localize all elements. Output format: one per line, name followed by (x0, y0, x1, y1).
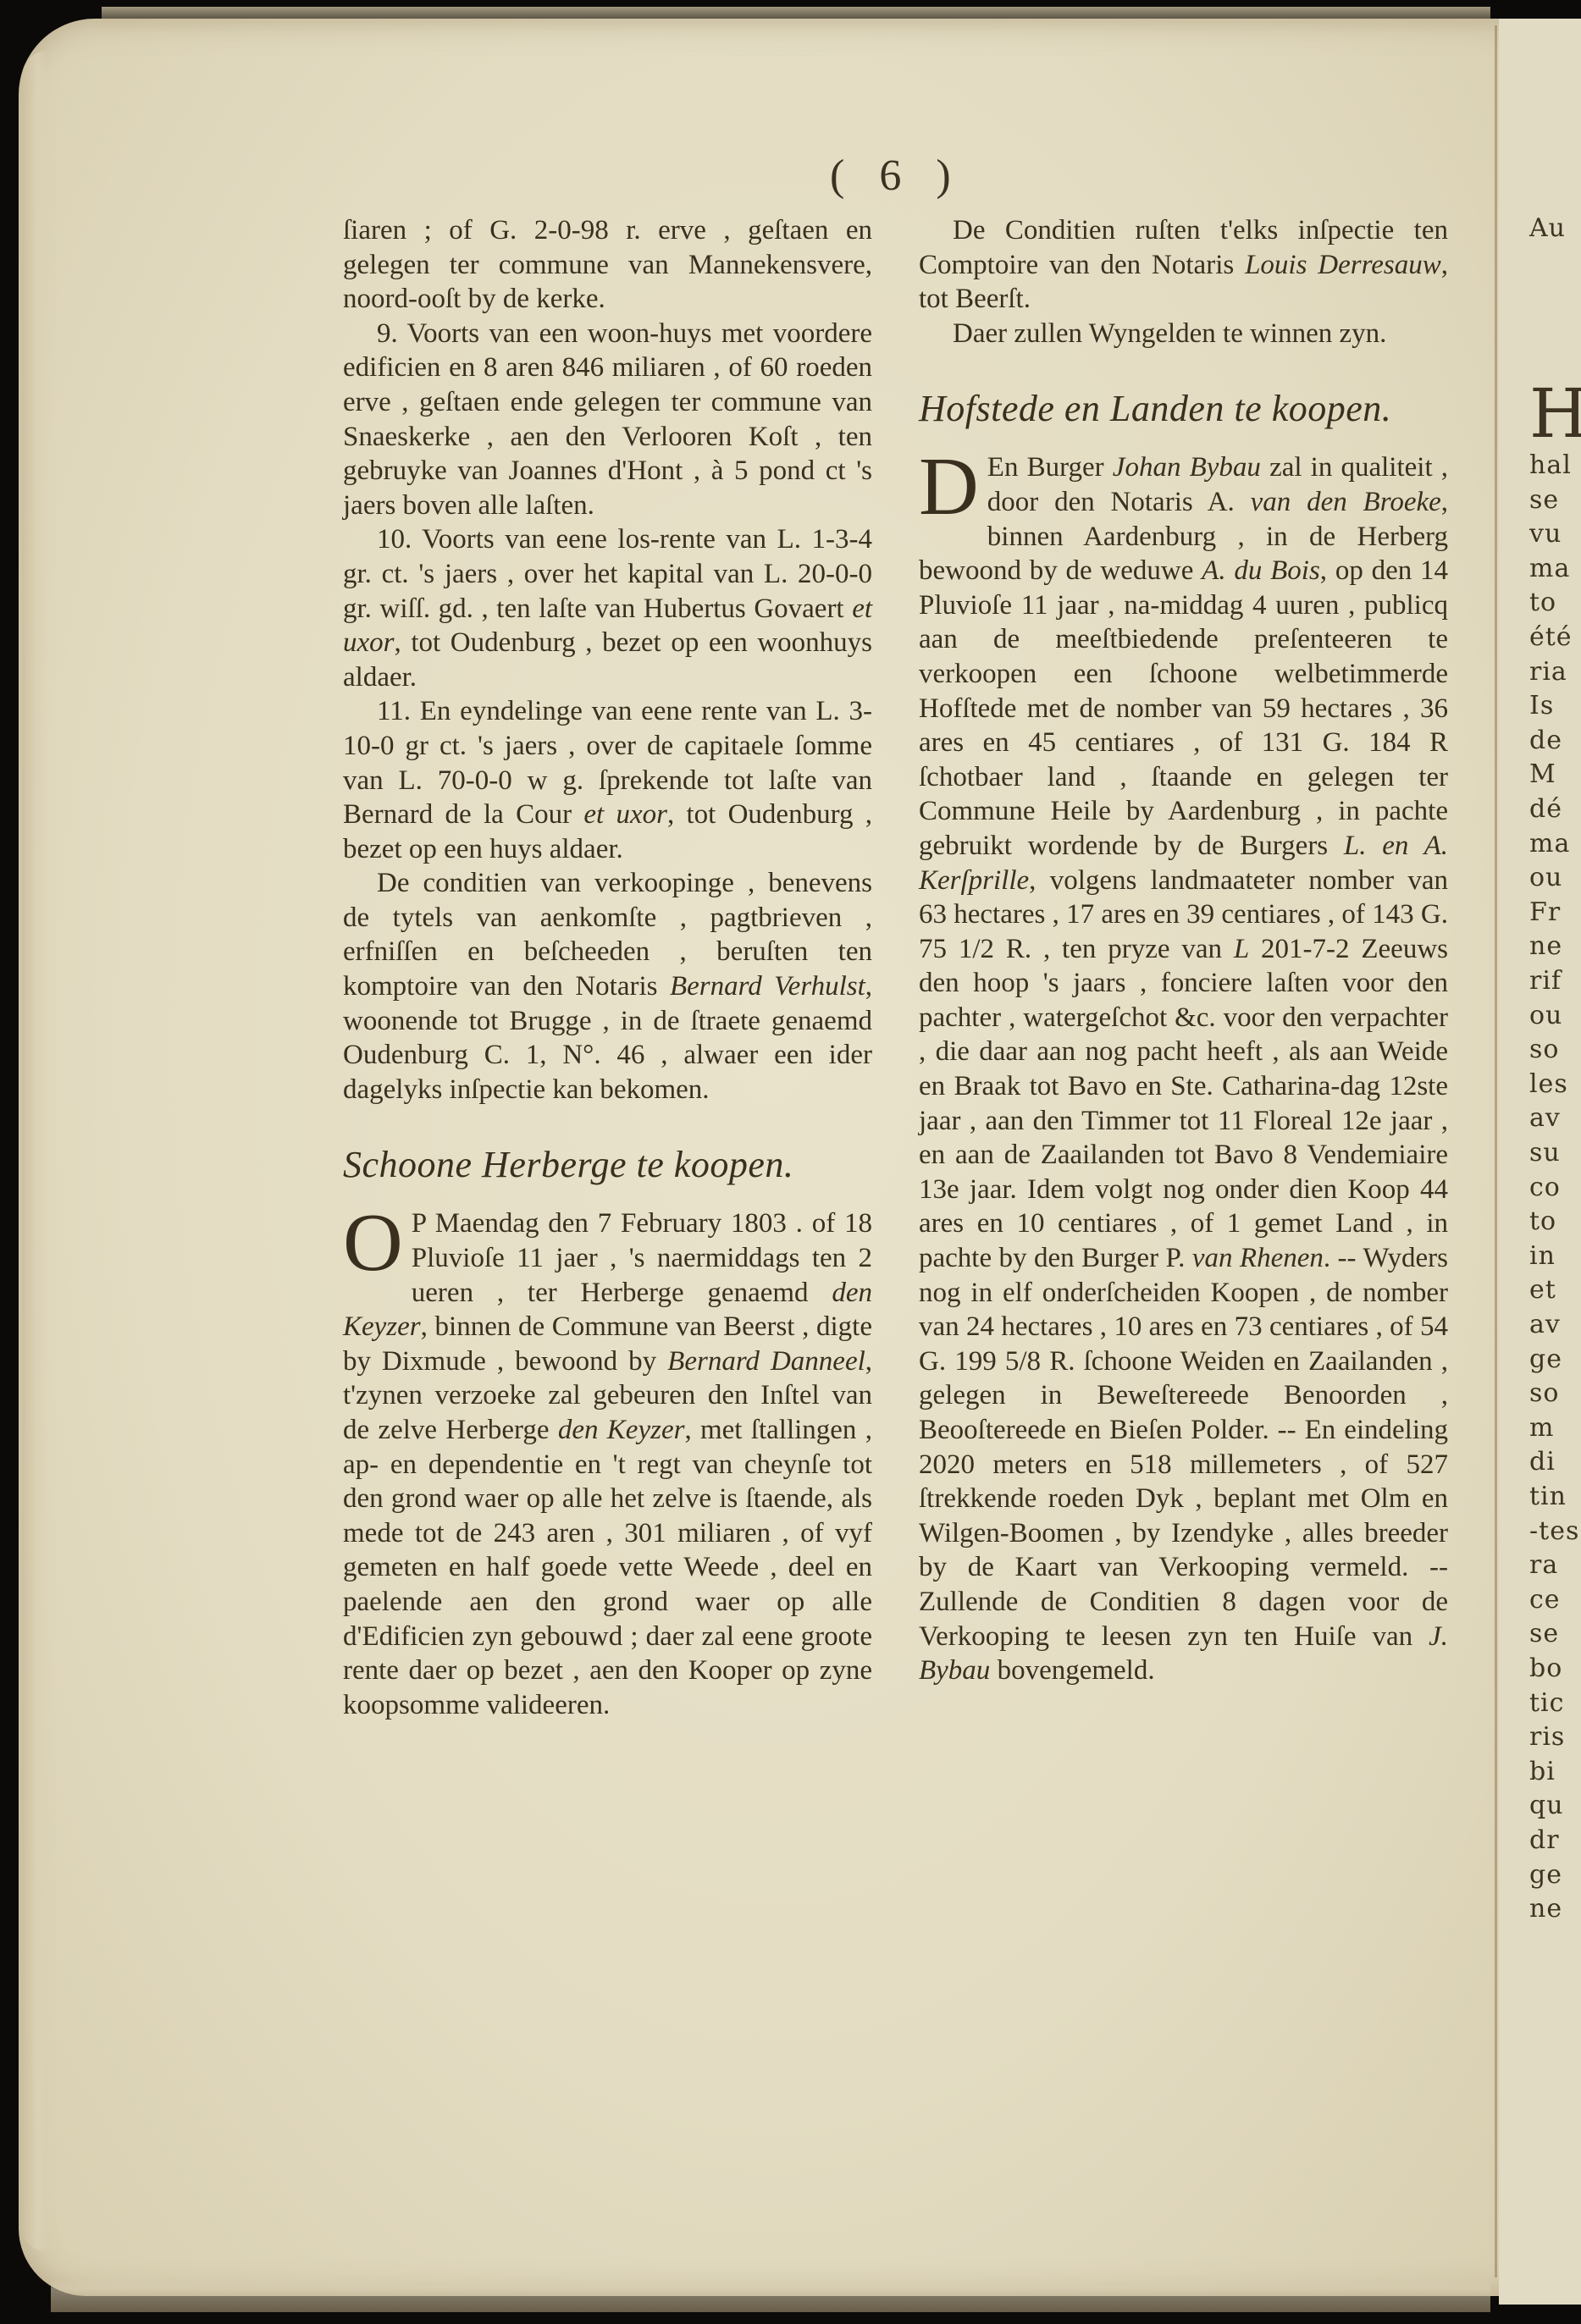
next-page-fragment: ou (1529, 863, 1562, 892)
next-page-fragment: qu (1529, 1791, 1564, 1820)
next-page-fragment: bi (1529, 1757, 1556, 1786)
paragraph-9: 9. Voorts van een woon-huys met voordere… (343, 317, 872, 523)
page-edge-bottom (51, 2278, 1490, 2312)
section-heading-herberge: Schoone Herberge te koopen. (343, 1142, 872, 1188)
paragraph-11: 11. En eyndelinge van eene rente van L. … (343, 694, 872, 866)
next-page-fragment: Is (1529, 691, 1554, 720)
next-page-fragment: les (1529, 1069, 1568, 1099)
next-page-fragment: so (1529, 1378, 1559, 1408)
next-page-peek: AuHhalsevumatoétériaIsdeMdémaouFrnerifou… (1499, 19, 1581, 2305)
page-edge-top (102, 7, 1490, 32)
next-page-fragment: di (1529, 1447, 1556, 1477)
right-column: De Conditien ruſten t'elks inſpectie ten… (919, 213, 1448, 1688)
next-page-fragment: ma (1529, 554, 1570, 583)
next-page-fragment: av (1529, 1310, 1561, 1339)
next-page-fragment: su (1529, 1138, 1561, 1168)
left-column: ſiaren ; of G. 2-0-98 r. erve , geſtaen … (343, 213, 872, 1722)
next-page-fragment: se (1529, 1619, 1559, 1648)
conditien-paragraph: De Conditien ruſten t'elks inſpectie ten… (919, 213, 1448, 317)
next-page-fragment: m (1529, 1413, 1554, 1443)
drop-cap: D (919, 454, 979, 520)
next-page-fragment: -tes (1529, 1516, 1579, 1546)
next-page-fragment: M (1529, 759, 1556, 789)
herberge-notice: OP Maendag den 7 February 1803 . of 18 P… (343, 1206, 872, 1722)
next-page-fragment: dr (1529, 1825, 1560, 1855)
next-page-fragment: et (1529, 1275, 1556, 1305)
page-edge-left (22, 51, 47, 2252)
drop-cap: O (343, 1210, 403, 1276)
next-page-fragment: to (1529, 1206, 1556, 1236)
next-page-fragment: ria (1529, 657, 1567, 687)
wyngelden-paragraph: Daer zullen Wyngelden te winnen zyn. (919, 317, 1448, 351)
next-page-fragment: ris (1529, 1722, 1565, 1752)
next-page-fragment: vu (1529, 519, 1562, 549)
next-page-fragment: dé (1529, 794, 1562, 824)
next-page-fragment: tic (1529, 1688, 1564, 1718)
next-page-fragment: ma (1529, 829, 1570, 858)
section-heading-hofstede: Hofstede en Landen te koopen. (919, 386, 1448, 432)
hofstede-notice: DEn Burger Johan Bybau zal in qualiteit … (919, 450, 1448, 1687)
next-page-fragment: Fr (1529, 897, 1561, 927)
next-page-fragment: so (1529, 1035, 1559, 1064)
next-page-fragment: ne (1529, 931, 1562, 961)
next-page-fragment: av (1529, 1103, 1561, 1133)
next-page-fragment: se (1529, 485, 1559, 515)
next-page-fragment: ce (1529, 1585, 1561, 1615)
next-page-fragment: tin (1529, 1482, 1567, 1511)
next-page-fragment: été (1529, 622, 1573, 652)
next-page-fragment: bo (1529, 1653, 1562, 1683)
next-page-fragment: ge (1529, 1860, 1562, 1890)
next-page-fragment: to (1529, 588, 1556, 617)
latin-phrase: et uxor (583, 799, 667, 830)
next-page-fragment: H (1529, 374, 1581, 453)
next-page-fragment: ge (1529, 1344, 1562, 1374)
next-page-fragment: in (1529, 1241, 1556, 1271)
next-page-fragment: Au (1529, 213, 1566, 243)
gutter-fold (1495, 25, 1497, 2277)
next-page-fragment: ne (1529, 1894, 1562, 1924)
next-page-fragment: ra (1529, 1550, 1558, 1580)
notary-name: Bernard Verhulst (670, 971, 865, 1002)
paragraph-10: 10. Voorts van eene los-rente van L. 1-3… (343, 522, 872, 694)
next-page-fragment: co (1529, 1173, 1561, 1202)
next-page-fragment: rif (1529, 966, 1562, 996)
conditions-paragraph: De conditien van verkoopinge , benevens … (343, 866, 872, 1107)
next-page-fragment: ou (1529, 1001, 1562, 1030)
paragraph-8-tail: ſiaren ; of G. 2-0-98 r. erve , geſtaen … (343, 213, 872, 317)
next-page-fragment: de (1529, 726, 1562, 755)
notary-name: Louis Derresauw (1245, 250, 1441, 280)
page-number: ( 6 ) (830, 151, 963, 201)
next-page-fragment: hal (1529, 450, 1572, 480)
